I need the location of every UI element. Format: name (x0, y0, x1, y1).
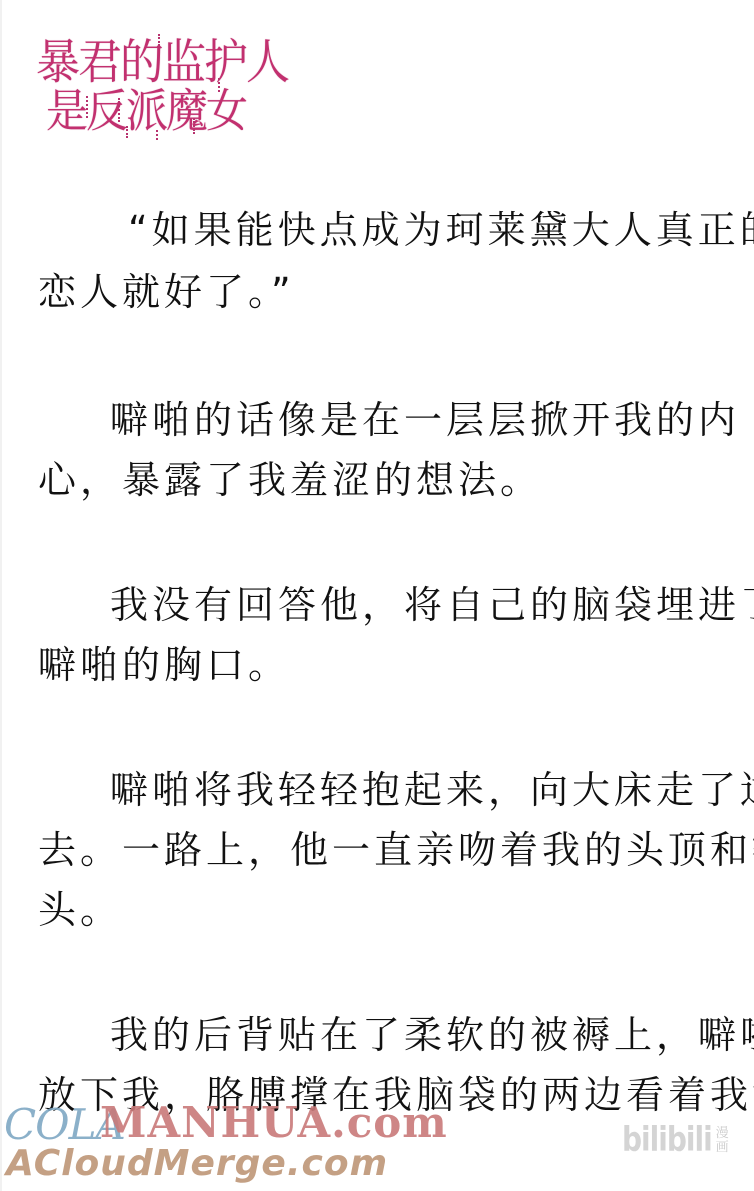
paragraph-3-line-2: 噼啪的胸口。 (38, 635, 728, 695)
title-flourish-decoration (86, 96, 90, 118)
bilibili-comics-logo: bilibili 漫 画 (622, 1125, 729, 1155)
paragraph-5-line-1: 我的后背贴在了柔软的被褥上，噼啪 (110, 1005, 754, 1065)
title-flourish-decoration (126, 126, 130, 138)
title-flourish-decoration (218, 78, 222, 92)
watermark-manhua: MANHUA.com (100, 1098, 448, 1147)
comic-title-logo: 暴君的监护人 是反派魔女 (36, 26, 266, 136)
paragraph-1-line-1: “如果能快点成为珂莱黛大人真正的 (128, 200, 754, 260)
title-flourish-decoration (156, 130, 160, 140)
title-flourish-decoration (193, 118, 197, 134)
paragraph-3-line-1: 我没有回答他，将自己的脑袋埋进了 (110, 575, 754, 635)
paragraph-2-line-2: 心，暴露了我羞涩的想法。 (38, 450, 728, 510)
bilibili-wordmark: bilibili (622, 1122, 712, 1158)
bilibili-cn-char-2: 画 (716, 1141, 729, 1155)
paragraph-4-line-2: 去。一路上，他一直亲吻着我的头顶和额 (38, 820, 728, 880)
bilibili-cn-char-1: 漫 (716, 1127, 729, 1141)
title-flourish-decoration (158, 34, 162, 46)
bilibili-manhua-label: 漫 画 (716, 1127, 729, 1155)
paragraph-4-line-3: 头。 (38, 880, 728, 940)
paragraph-4-line-1: 噼啪将我轻轻抱起来，向大床走了过 (110, 760, 754, 820)
paragraph-2-line-1: 噼啪的话像是在一层层掀开我的内 (110, 390, 754, 450)
paragraph-1-line-2: 恋人就好了。” (38, 262, 728, 322)
comic-title-line-2: 是反派魔女 (46, 76, 246, 141)
title-flourish-decoration (118, 98, 122, 122)
watermark-acloudmerge: ACloudMerge.com (6, 1143, 388, 1184)
page-left-border (0, 0, 2, 1191)
